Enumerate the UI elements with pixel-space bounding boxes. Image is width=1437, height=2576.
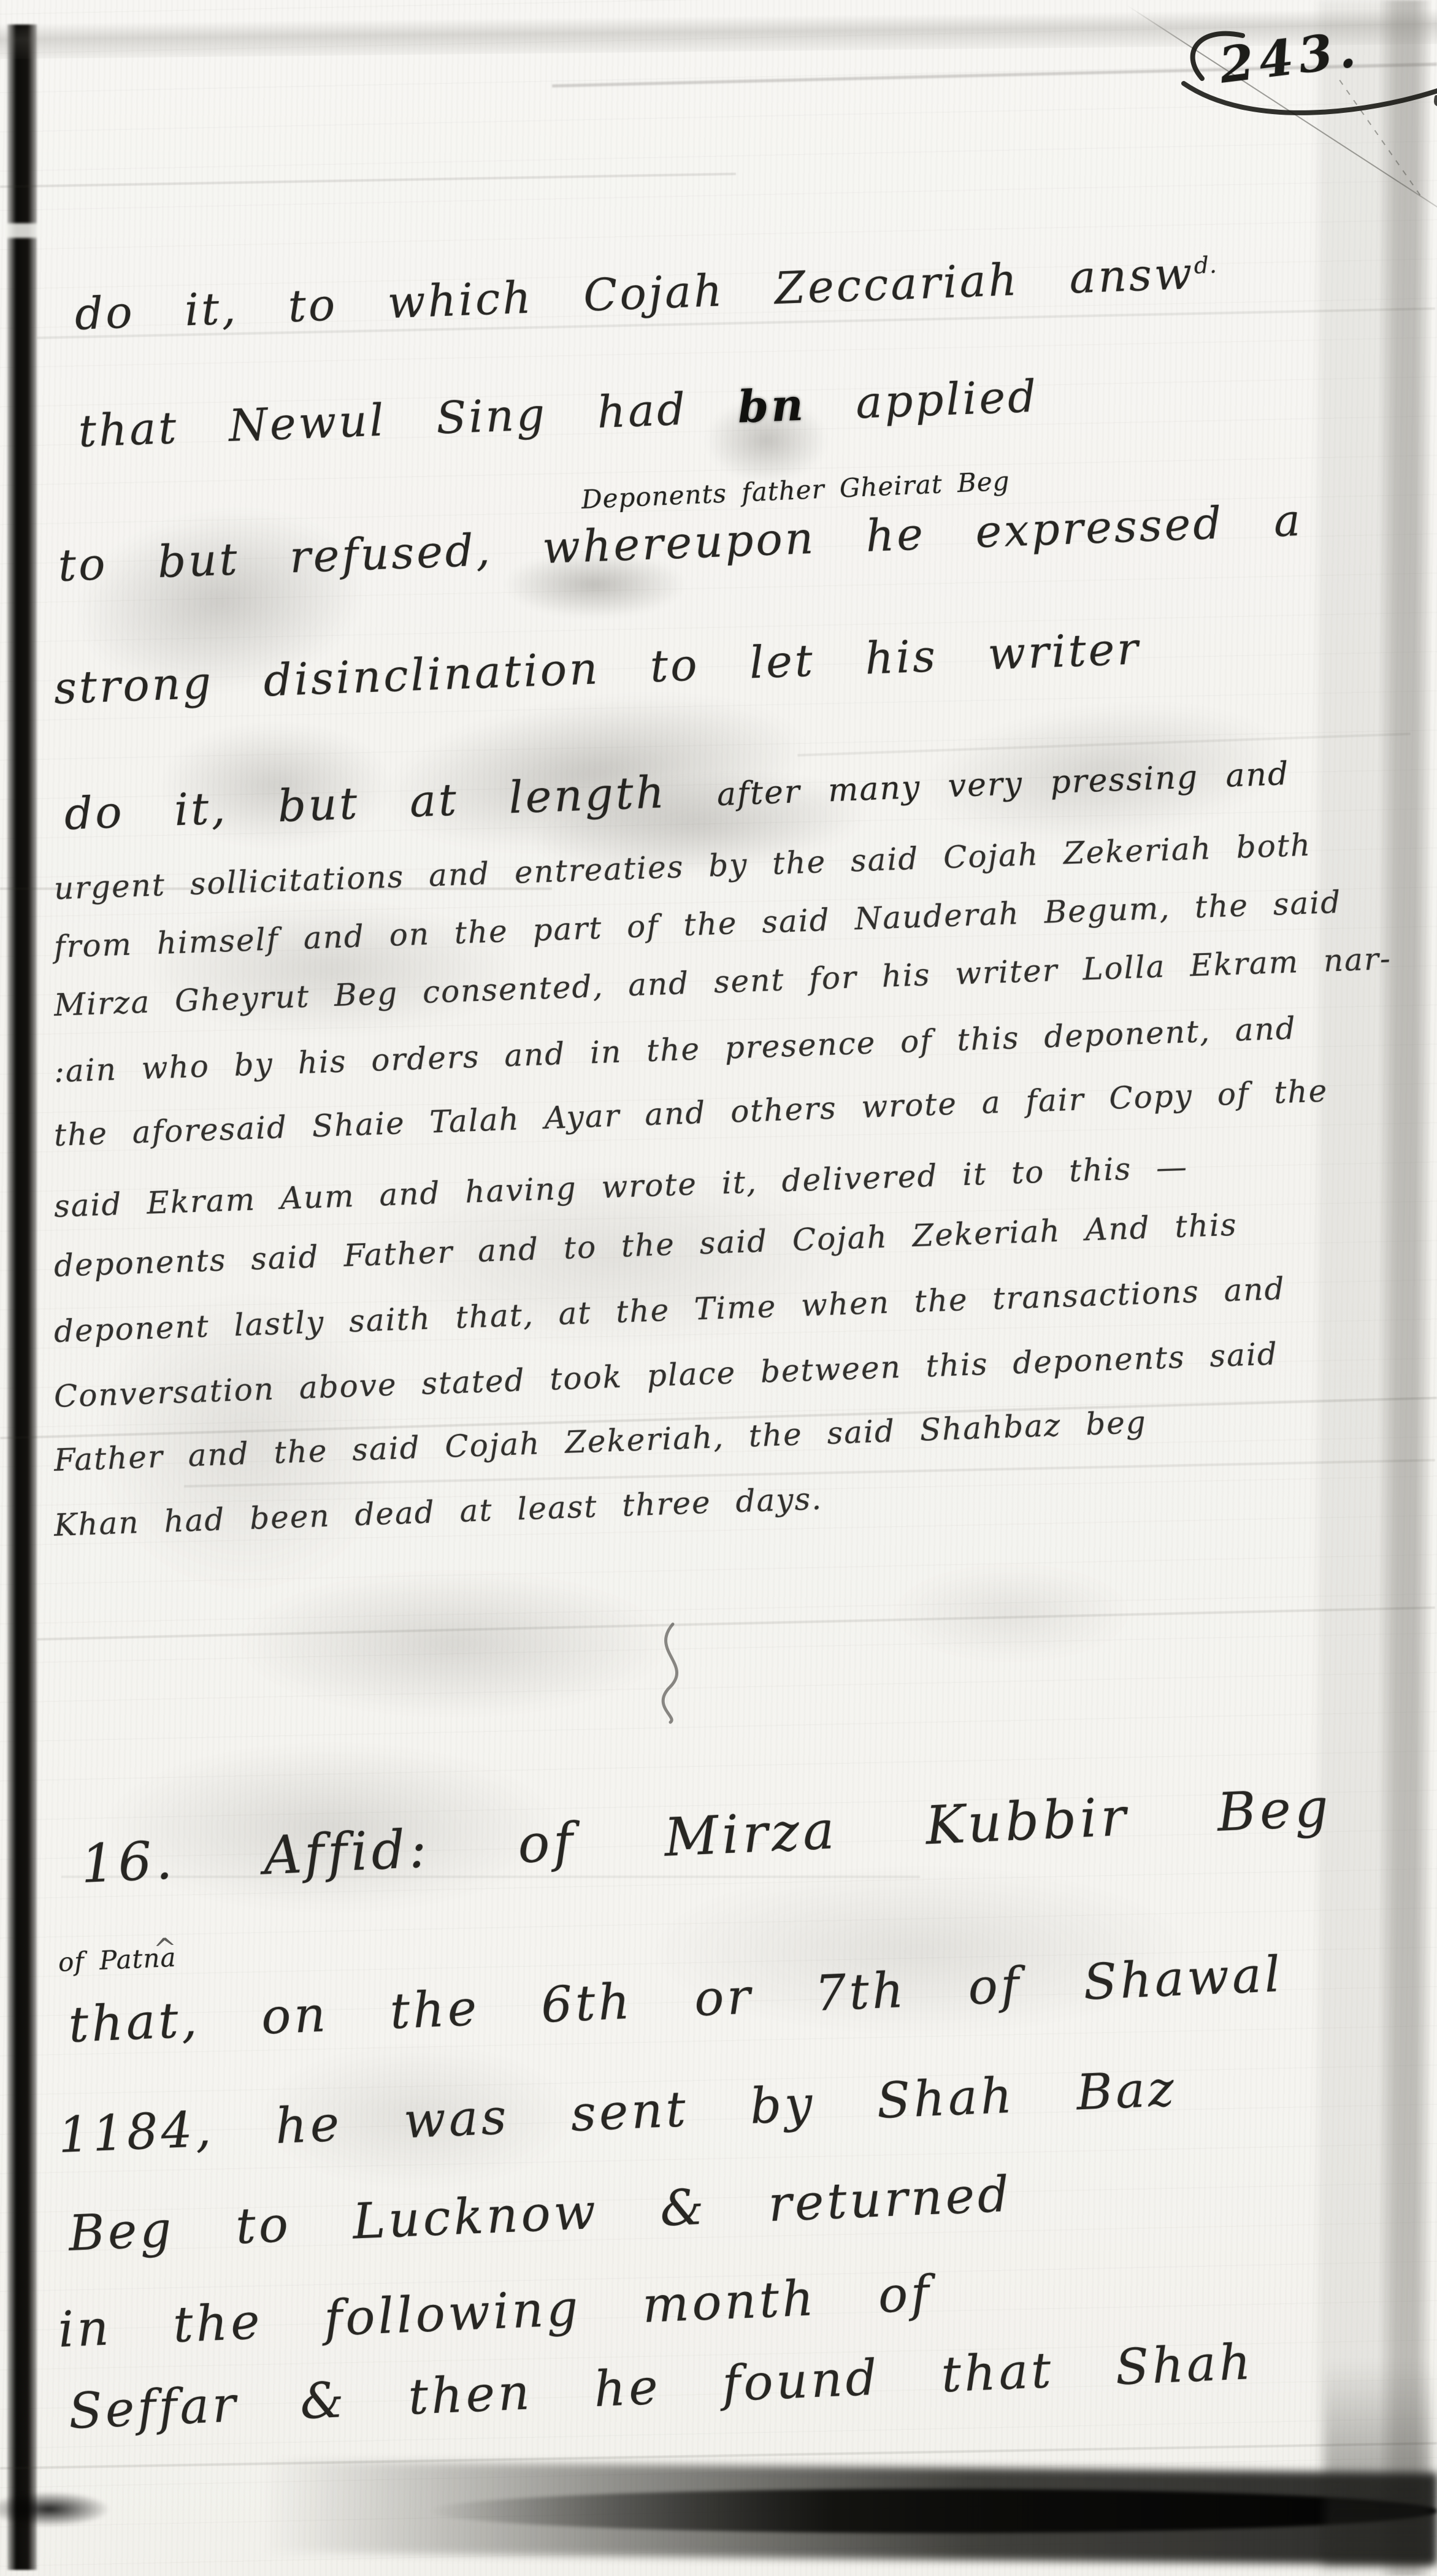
text-line: the aforesaid Shaie Talah Ayar and other… — [53, 1073, 1328, 1152]
text-line: 1184, he was sent by Shah Baz — [57, 2060, 1178, 2164]
text: applied — [805, 370, 1040, 431]
bottom-right-shadow — [1325, 2361, 1432, 2564]
scan-streak — [0, 173, 736, 188]
manuscript-page: 243. do it, to which Cojah Zeccariah ans… — [0, 0, 1437, 2576]
text-line: in the following month of — [57, 2264, 933, 2358]
overwritten-word: bn — [737, 378, 807, 433]
superscript-abbreviation: d. — [1194, 251, 1217, 278]
binding-gutter-shadow — [7, 25, 37, 2570]
insertion-caret: ^ — [152, 1931, 178, 1966]
bottom-scan-shadow-core — [429, 2489, 1437, 2533]
binding-gap — [5, 223, 40, 238]
text: that Newul Sing had — [77, 381, 738, 457]
stray-pen-squiggle — [635, 1619, 708, 1730]
text-line: Beg to Lucknow & returned — [67, 2166, 1013, 2262]
fore-edge-band — [1380, 0, 1430, 2576]
bottom-left-ink-blob — [0, 2491, 110, 2527]
ink-smudge — [233, 1570, 675, 1717]
ink-smudge — [889, 1564, 1135, 1662]
text-line: that Newul Sing had bn applied — [77, 370, 1039, 457]
